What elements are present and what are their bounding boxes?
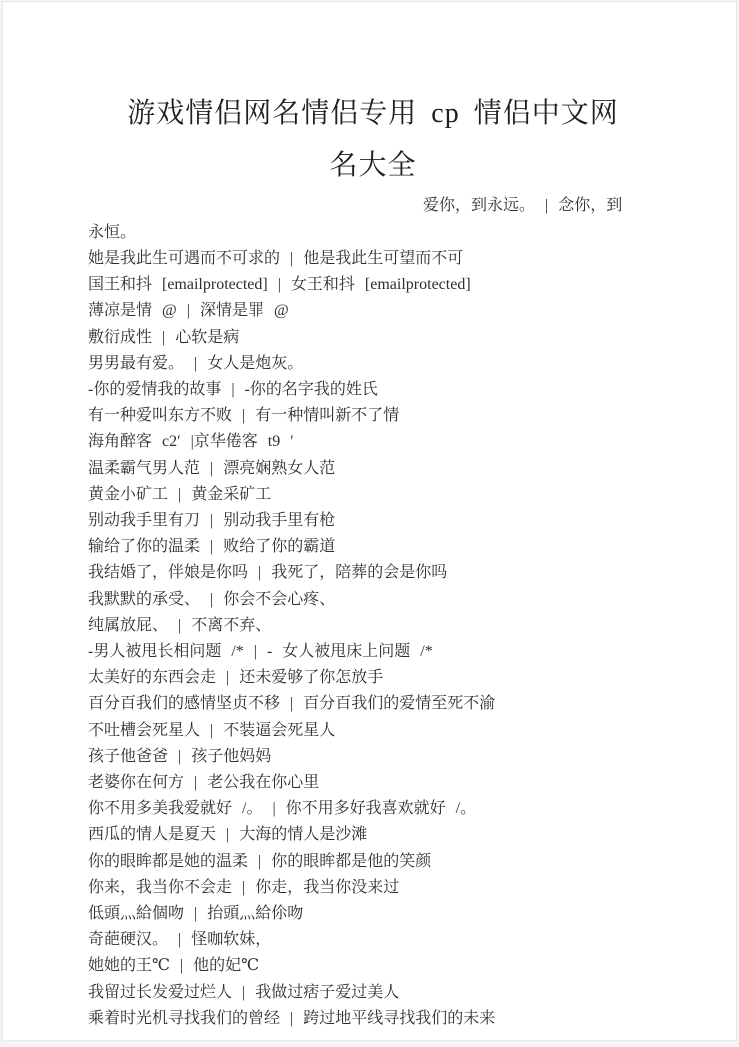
name-pair-line: 她她的王℃ | 他的妃℃ xyxy=(88,953,658,979)
name-pair-line: -你的爱情我的故事 | -你的名字我的姓氏 xyxy=(88,377,658,403)
page-content: 游戏情侣网名情侣专用 cp 情侣中文网 名大全 爱你，到永远。 | 念你，到 永… xyxy=(3,88,736,1032)
name-pair-line: 输给了你的温柔 | 败给了你的霸道 xyxy=(88,534,658,560)
name-pair-line: 黄金小矿工 | 黄金采矿工 xyxy=(88,482,658,508)
name-pair-line: 别动我手里有刀 | 别动我手里有枪 xyxy=(88,508,658,534)
name-pair-line: -男人被甩长相问题 /* | - 女人被甩床上问题 /* xyxy=(88,639,658,665)
page-title-line-2: 名大全 xyxy=(88,140,658,192)
name-pair-line: 我结婚了，伴娘是你吗 | 我死了，陪葬的会是你吗 xyxy=(88,560,658,586)
page-title: 游戏情侣网名情侣专用 cp 情侣中文网 名大全 xyxy=(88,88,658,192)
name-pair-line: 温柔霸气男人范 | 漂亮娴熟女人范 xyxy=(88,456,658,482)
name-pair-line: 纯属放屁、 | 不离不弃、 xyxy=(88,613,658,639)
name-pair-line: 乘着时光机寻找我们的曾经 | 跨过地平线寻找我们的未来 xyxy=(88,1006,658,1032)
intro-line-first: 爱你，到永远。 | 念你，到 xyxy=(88,192,658,219)
name-pair-line: 奇葩硬汉。 | 怪咖软妹， xyxy=(88,927,658,953)
intro-line-second: 永恒。 xyxy=(88,219,658,246)
name-pair-line: 男男最有爱。 | 女人是炮灰。 xyxy=(88,351,658,377)
name-pair-line: 海角醉客 c2′ |京华倦客 t9 ′ xyxy=(88,429,658,455)
name-pair-line: 老婆你在何方 | 老公我在你心里 xyxy=(88,770,658,796)
name-pair-line: 不吐槽会死星人 | 不装逼会死星人 xyxy=(88,718,658,744)
name-pair-line: 你的眼眸都是她的温柔 | 你的眼眸都是他的笑颜 xyxy=(88,849,658,875)
intro-paragraph: 爱你，到永远。 | 念你，到 永恒。 xyxy=(88,192,658,246)
name-pair-line: 百分百我们的感情坚贞不移 | 百分百我们的爱情至死不渝 xyxy=(88,691,658,717)
name-pair-list: 她是我此生可遇而不可求的 | 他是我此生可望而不可国王和抖 [emailprot… xyxy=(88,246,658,1032)
name-pair-line: 太美好的东西会走 | 还未爱够了你怎放手 xyxy=(88,665,658,691)
name-pair-line: 你来，我当你不会走 | 你走，我当你没来过 xyxy=(88,875,658,901)
name-pair-line: 你不用多美我爱就好 /。 | 你不用多好我喜欢就好 /。 xyxy=(88,796,658,822)
document-page: 游戏情侣网名情侣专用 cp 情侣中文网 名大全 爱你，到永远。 | 念你，到 永… xyxy=(2,1,737,1041)
name-pair-line: 她是我此生可遇而不可求的 | 他是我此生可望而不可 xyxy=(88,246,658,272)
name-pair-line: 我默默的承受、 | 你会不会心疼、 xyxy=(88,587,658,613)
page-title-line-1: 游戏情侣网名情侣专用 cp 情侣中文网 xyxy=(88,88,658,140)
name-pair-line: 孩子他爸爸 | 孩子他妈妈 xyxy=(88,744,658,770)
name-pair-line: 国王和抖 [emailprotected] | 女王和抖 [emailprote… xyxy=(88,272,658,298)
name-pair-line: 低頭灬給個吻 | 抬頭灬給伱吻 xyxy=(88,901,658,927)
name-pair-line: 敷衍成性 | 心软是病 xyxy=(88,325,658,351)
name-pair-line: 西瓜的情人是夏天 | 大海的情人是沙滩 xyxy=(88,822,658,848)
document-viewport: 游戏情侣网名情侣专用 cp 情侣中文网 名大全 爱你，到永远。 | 念你，到 永… xyxy=(0,0,739,1047)
name-pair-line: 有一种爱叫东方不败 | 有一种情叫新不了情 xyxy=(88,403,658,429)
name-pair-line: 薄凉是情 @ | 深情是罪 @ xyxy=(88,298,658,324)
name-pair-line: 我留过长发爱过烂人 | 我做过痞子爱过美人 xyxy=(88,980,658,1006)
